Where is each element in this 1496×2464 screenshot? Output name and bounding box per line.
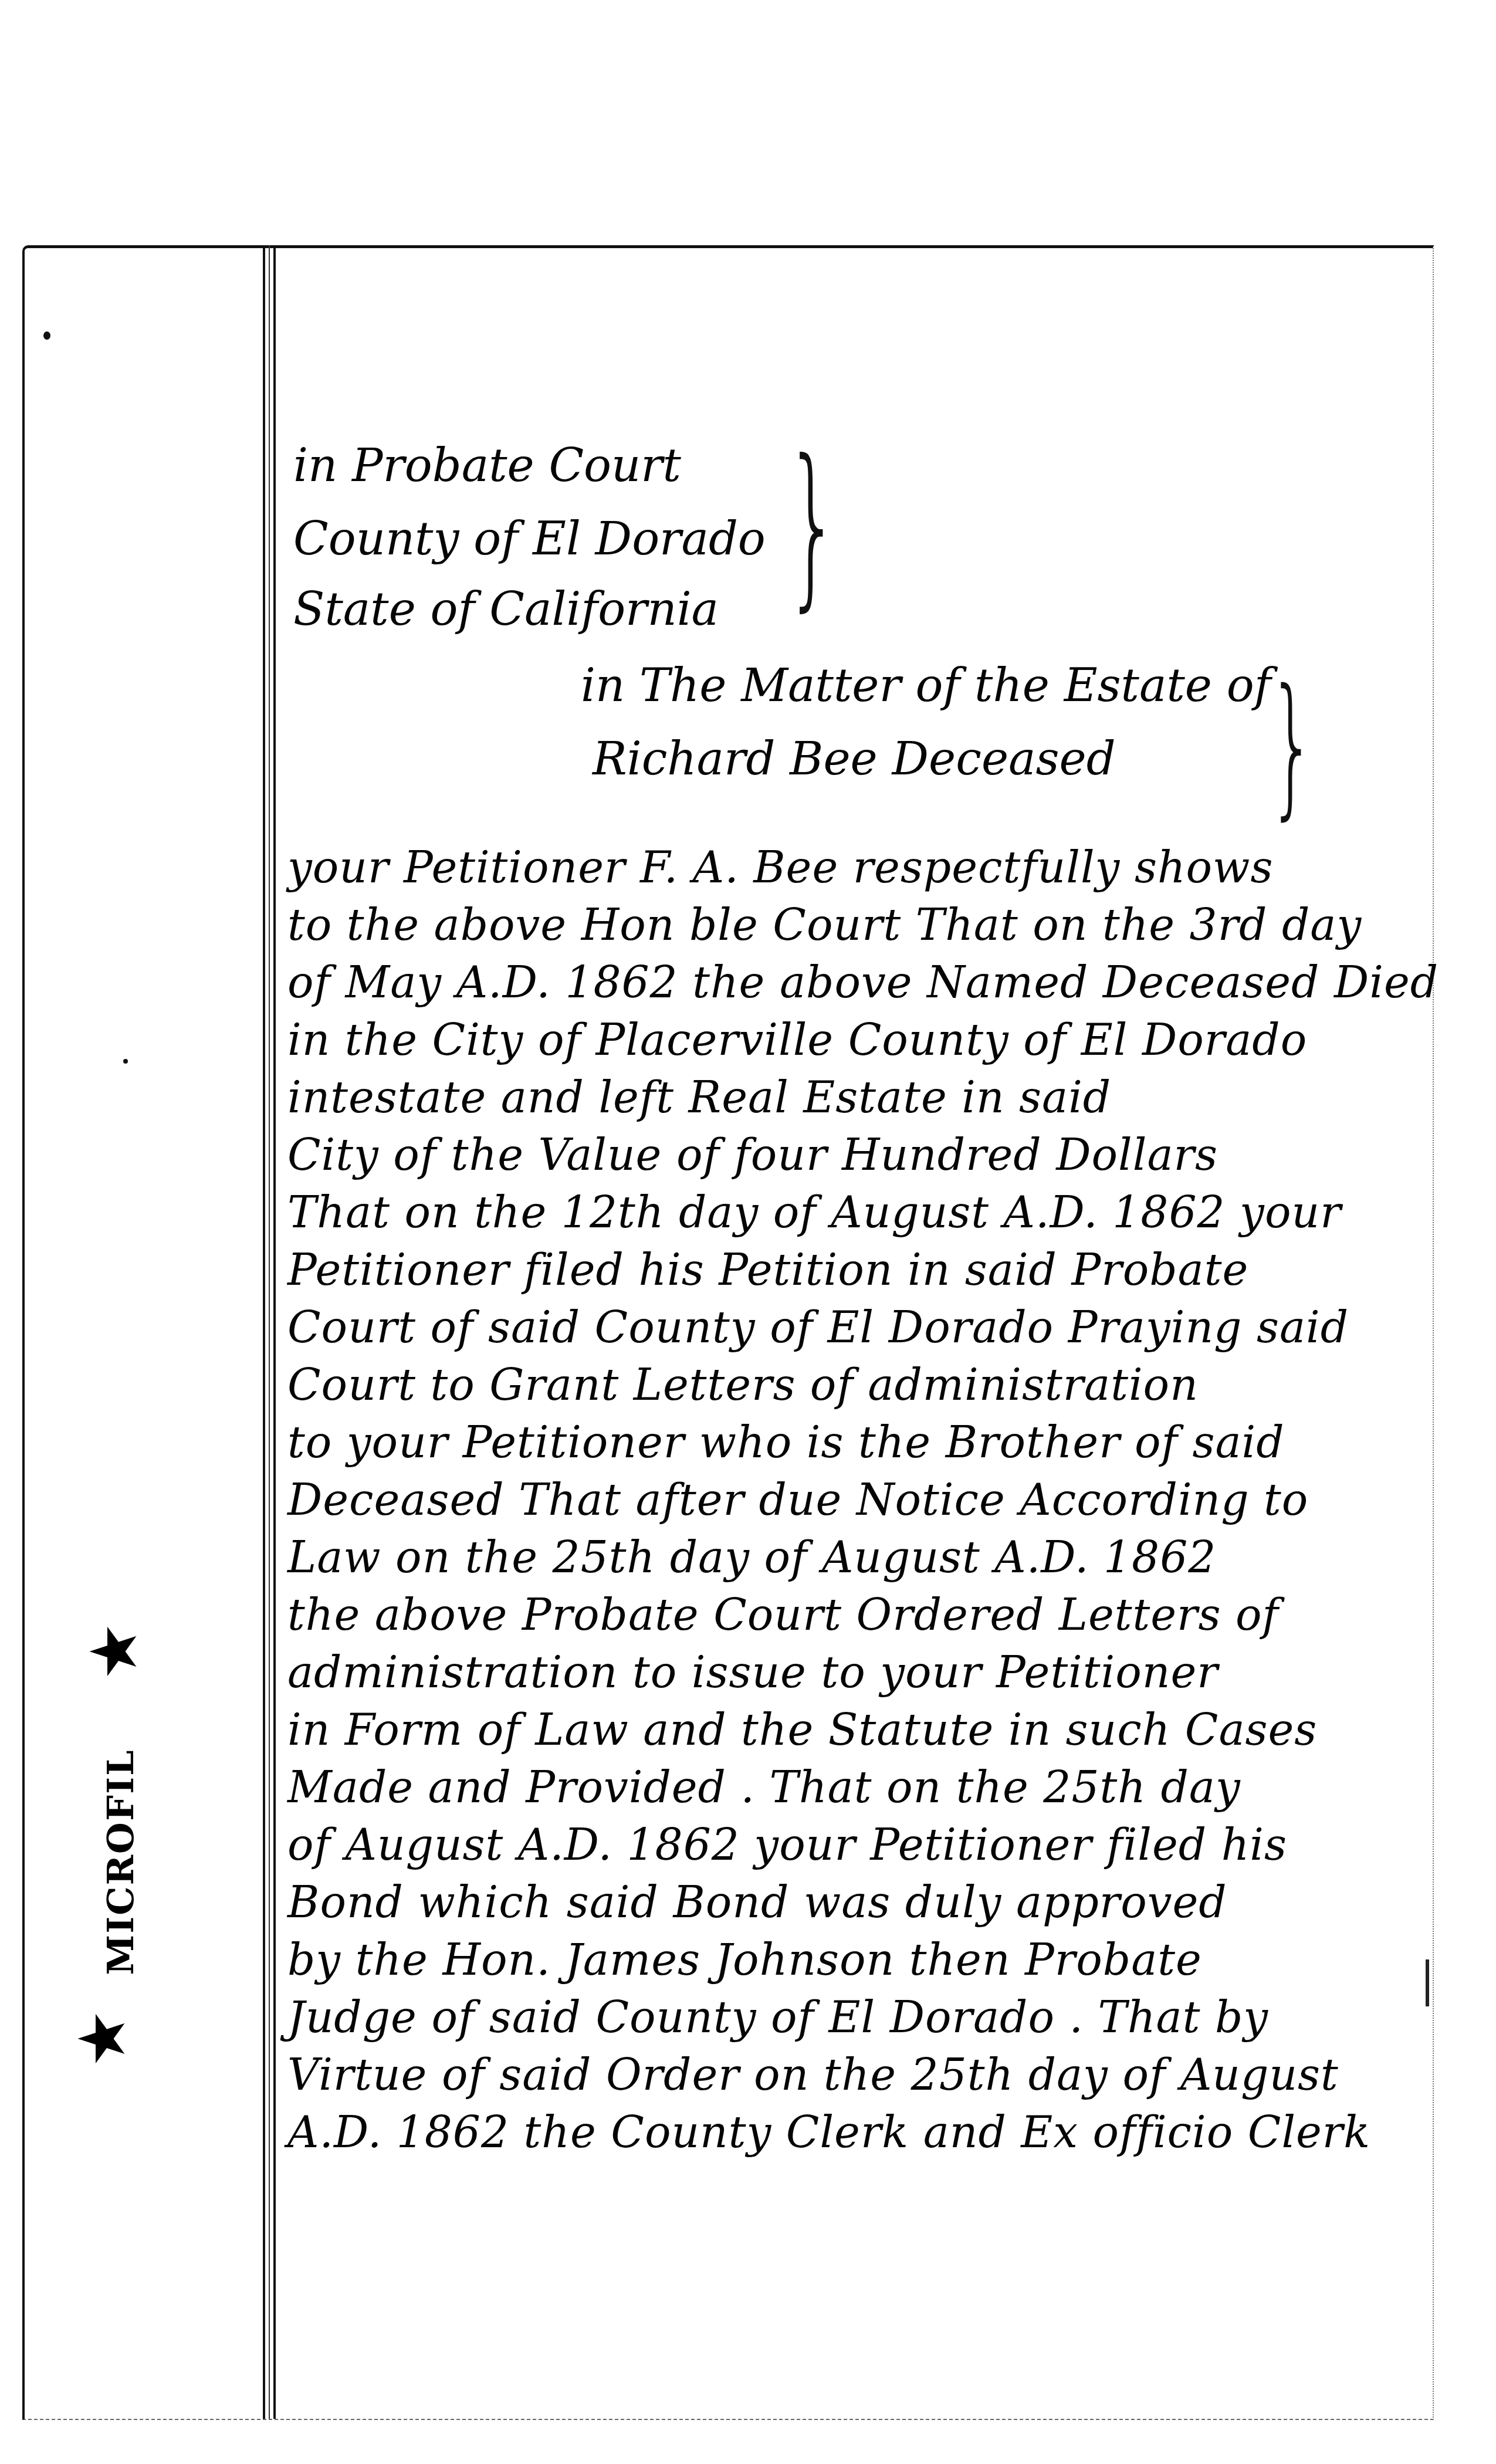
body-line: administration to issue to your Petition… bbox=[287, 1644, 1431, 1701]
body-line: intestate and left Real Estate in said bbox=[287, 1069, 1431, 1126]
body-line: That on the 12th day of August A.D. 1862… bbox=[287, 1184, 1431, 1241]
body-line: Court of said County of El Dorado Prayin… bbox=[287, 1299, 1431, 1356]
page-edge-mark bbox=[1426, 1959, 1429, 2006]
body-line: of May A.D. 1862 the above Named Decease… bbox=[287, 954, 1431, 1011]
microfilm-stamp-text: MICROFIL bbox=[99, 1729, 142, 1975]
caption-decedent: Richard Bee Deceased bbox=[593, 736, 1116, 782]
ink-speck bbox=[43, 331, 50, 340]
margin-double-rule bbox=[263, 245, 276, 2419]
star-icon: ★ bbox=[82, 1623, 146, 1681]
body-line: to your Petitioner who is the Brother of… bbox=[287, 1414, 1431, 1471]
case-caption: in Probate Court County of El Dorado Sta… bbox=[287, 428, 1431, 833]
body-line: Court to Grant Letters of administration bbox=[287, 1356, 1431, 1414]
body-line: City of the Value of four Hundred Dollar… bbox=[287, 1126, 1431, 1184]
body-line: by the Hon. James Johnson then Probate bbox=[287, 1931, 1431, 1989]
caption-court: in Probate Court bbox=[293, 443, 681, 489]
body-line: Bond which said Bond was duly approved bbox=[287, 1874, 1431, 1931]
star-icon: ★ bbox=[70, 2010, 134, 2068]
body-line: A.D. 1862 the County Clerk and Ex offici… bbox=[287, 2104, 1431, 2161]
body-line: the above Probate Court Ordered Letters … bbox=[287, 1586, 1431, 1644]
handwritten-petition: in Probate Court County of El Dorado Sta… bbox=[287, 428, 1431, 833]
caption-brace: } bbox=[785, 422, 841, 627]
body-line: in the City of Placerville County of El … bbox=[287, 1011, 1431, 1069]
body-line: Law on the 25th day of August A.D. 1862 bbox=[287, 1529, 1431, 1586]
body-line: in Form of Law and the Statute in such C… bbox=[287, 1701, 1431, 1759]
ink-speck bbox=[123, 1059, 128, 1064]
microfilm-stamp: ★ MICROFIL ★ bbox=[67, 1619, 173, 2077]
caption-matter: in The Matter of the Estate of bbox=[581, 663, 1271, 709]
caption-county: County of El Dorado bbox=[293, 516, 766, 562]
caption-brace: } bbox=[1268, 657, 1316, 834]
caption-state: State of California bbox=[293, 587, 719, 632]
body-line: Judge of said County of El Dorado . That… bbox=[287, 1989, 1431, 2046]
body-line: Deceased That after due Notice According… bbox=[287, 1471, 1431, 1529]
body-line: Virtue of said Order on the 25th day of … bbox=[287, 2046, 1431, 2104]
petition-body: your Petitioner F. A. Bee respectfully s… bbox=[287, 839, 1431, 2161]
body-line: to the above Hon ble Court That on the 3… bbox=[287, 896, 1431, 954]
body-line: Petitioner filed his Petition in said Pr… bbox=[287, 1241, 1431, 1299]
body-line: your Petitioner F. A. Bee respectfully s… bbox=[287, 839, 1431, 896]
body-line: Made and Provided . That on the 25th day bbox=[287, 1759, 1431, 1816]
body-line: of August A.D. 1862 your Petitioner file… bbox=[287, 1816, 1431, 1874]
